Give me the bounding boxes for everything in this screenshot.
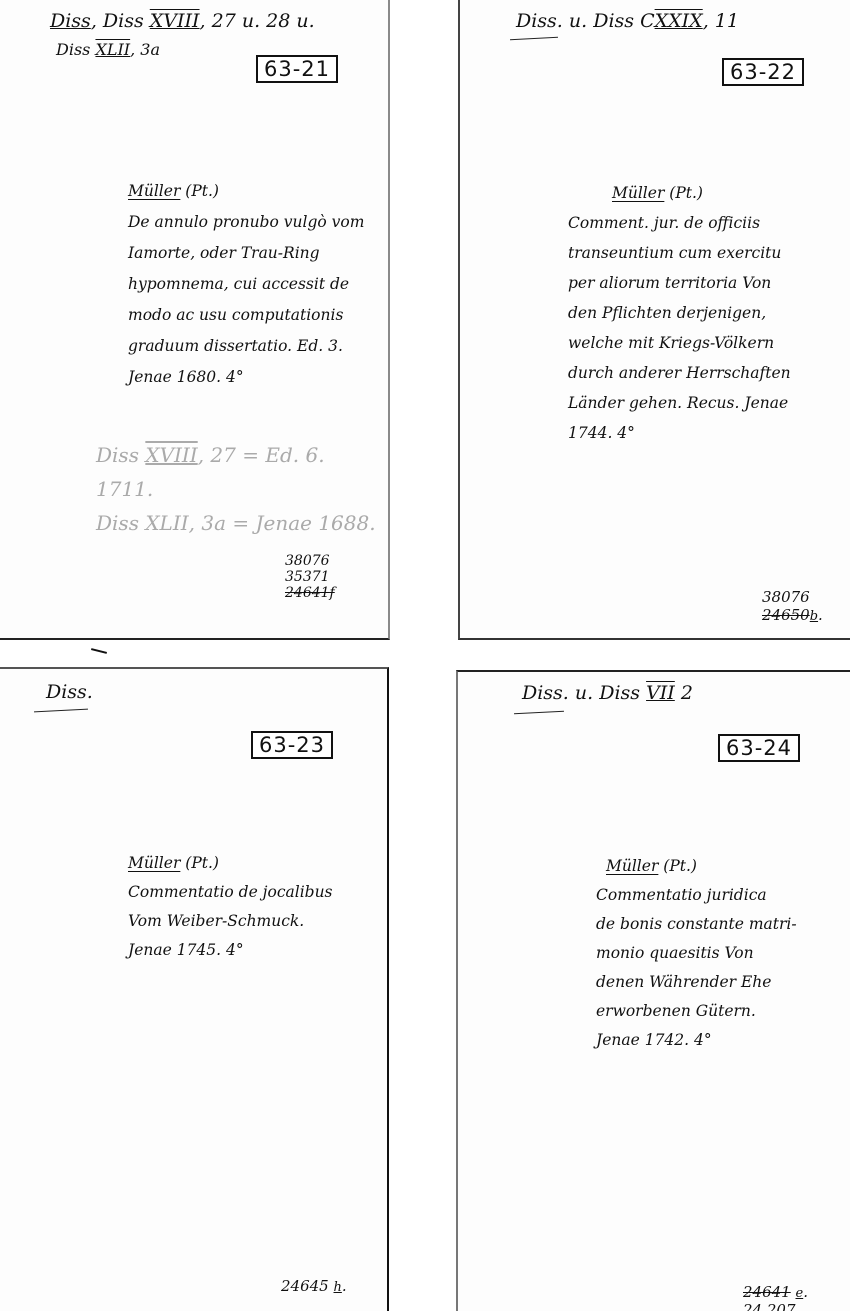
- shelfmark-line-1: Diss. u. Diss VII 2: [522, 682, 693, 704]
- accession-numbers: 24641 e. 24 207: [743, 1284, 808, 1311]
- catalog-entry: Müller (Pt.) Commentatio juridica de bon…: [596, 852, 797, 1055]
- accession-number-struck: 24650b.: [762, 606, 823, 626]
- title-line: per aliorum territoria Von: [568, 268, 791, 298]
- accession-number: 24 207: [743, 1302, 808, 1311]
- title-line: graduum dissertatio. Ed. 3.: [128, 331, 364, 362]
- author-name: Müller: [128, 854, 180, 872]
- author-line: Müller (Pt.): [568, 178, 791, 208]
- author-name: Müller: [606, 857, 658, 875]
- author-line: Müller (Pt.): [128, 176, 364, 207]
- accession-number: 38076: [762, 588, 823, 606]
- catalog-entry: Müller (Pt.) Comment. jur. de officiis t…: [568, 178, 791, 448]
- catalog-entry: Müller (Pt.) Commentatio de jocalibus Vo…: [128, 849, 333, 965]
- title-line: Länder gehen. Recus. Jenae: [568, 388, 791, 418]
- author-line: Müller (Pt.): [128, 849, 333, 878]
- catalog-card-63-21: Diss, Diss XVIII, 27 u. 28 u. Diss XLII,…: [0, 0, 390, 640]
- title-line: Jenae 1680. 4°: [128, 362, 364, 393]
- catalog-card-63-22: Diss. u. Diss CXXIX, 11 63-22 Müller (Pt…: [458, 0, 850, 640]
- title-line: Jenae 1742. 4°: [596, 1026, 797, 1055]
- pencil-note: Diss XLII, 3a = Jenae 1688.: [96, 506, 388, 540]
- title-line: De annulo pronubo vulgò vom: [128, 207, 364, 238]
- title-line: welche mit Kriegs-Völkern: [568, 328, 791, 358]
- title-line: denen Währender Ehe: [596, 968, 797, 997]
- catalog-card-63-24: Diss. u. Diss VII 2 63-24 Müller (Pt.) C…: [456, 670, 850, 1311]
- title-line: Commentatio juridica: [596, 881, 797, 910]
- title-line: den Pflichten derjenigen,: [568, 298, 791, 328]
- title-line: Commentatio de jocalibus: [128, 878, 333, 907]
- title-line: Vom Weiber-Schmuck.: [128, 907, 333, 936]
- title-line: durch anderer Herrschaften: [568, 358, 791, 388]
- underline-stroke: [514, 711, 564, 715]
- title-line: Jenae 1745. 4°: [128, 936, 333, 965]
- accession-numbers: 38076 24650b.: [762, 588, 823, 626]
- accession-number-struck: 24641 e.: [743, 1284, 808, 1302]
- accession-number: 24645 h.: [281, 1278, 347, 1296]
- call-number: 63-22: [722, 58, 804, 86]
- catalog-card-63-23: Diss. 63-23 Müller (Pt.) Commentatio de …: [0, 667, 389, 1311]
- call-number: 63-24: [718, 734, 800, 762]
- title-line: Iamorte, oder Trau-Ring: [128, 238, 364, 269]
- title-line: hypomnema, cui accessit de: [128, 269, 364, 300]
- call-number: 63-21: [256, 55, 338, 83]
- accession-number-struck: 24641f: [285, 585, 335, 601]
- accession-numbers: 24645 h.: [281, 1278, 347, 1296]
- title-line: 1744. 4°: [568, 418, 791, 448]
- pencil-notes: Diss XVIII, 27 = Ed. 6. 1711. Diss XLII,…: [96, 438, 388, 540]
- accession-numbers: 38076 35371 24641f: [285, 553, 335, 601]
- author-line: Müller (Pt.): [596, 852, 797, 881]
- accession-number: 35371: [285, 569, 335, 585]
- title-line: transeuntium cum exercitu: [568, 238, 791, 268]
- accession-number: 38076: [285, 553, 335, 569]
- title-line: erworbenen Gütern.: [596, 997, 797, 1026]
- shelfmark-line-2: Diss XLII, 3a: [56, 40, 160, 59]
- catalog-entry: Müller (Pt.) De annulo pronubo vulgò vom…: [128, 176, 364, 393]
- underline-stroke: [34, 709, 88, 713]
- title-line: de bonis constante matri-: [596, 910, 797, 939]
- title-line: Comment. jur. de officiis: [568, 208, 791, 238]
- pencil-note: Diss XVIII, 27 = Ed. 6. 1711.: [96, 438, 388, 506]
- author-name: Müller: [128, 182, 180, 200]
- shelfmark-line-1: Diss.: [46, 681, 93, 703]
- author-name: Müller: [612, 184, 664, 202]
- shelfmark-line-1: Diss, Diss XVIII, 27 u. 28 u.: [50, 10, 315, 32]
- underline-stroke: [510, 37, 558, 41]
- title-line: modo ac usu computationis: [128, 300, 364, 331]
- shelfmark-line-1: Diss. u. Diss CXXIX, 11: [516, 10, 739, 32]
- title-line: monio quaesitis Von: [596, 939, 797, 968]
- call-number: 63-23: [251, 731, 333, 759]
- stray-pen-mark: [91, 648, 107, 654]
